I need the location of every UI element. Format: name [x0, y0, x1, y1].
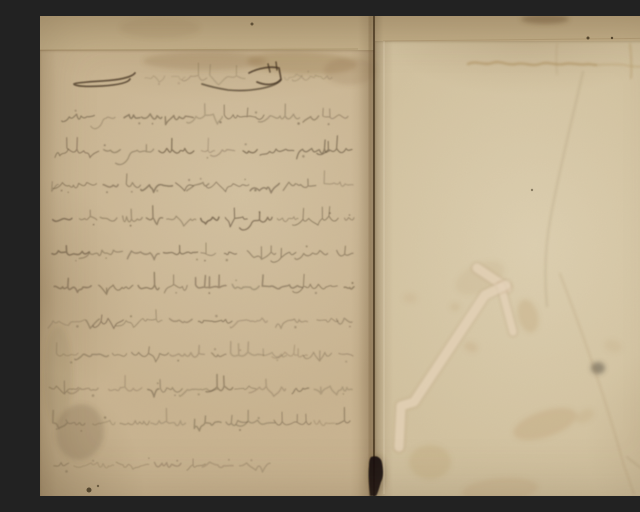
diacritic-dot [92, 460, 94, 462]
diacritic-dot [188, 179, 190, 181]
speck [97, 485, 99, 487]
diacritic-dot [239, 349, 241, 351]
diacritic-dot [176, 460, 178, 462]
diacritic-dot [130, 315, 132, 317]
diacritic-dot [214, 348, 216, 350]
diacritic-dot [92, 394, 95, 397]
diacritic-dot [76, 325, 79, 328]
diacritic-dot [254, 189, 257, 192]
diacritic-dot [157, 382, 159, 384]
stain-blob [44, 326, 72, 426]
diacritic-dot [306, 245, 308, 247]
diacritic-dot [200, 178, 202, 180]
diacritic-dot [93, 224, 95, 226]
diacritic-dot [244, 179, 246, 181]
diacritic-dot [158, 83, 160, 85]
manuscript-photo: Photograph of an open manuscript: left p… [40, 16, 640, 496]
diacritic-dot [228, 459, 230, 461]
diacritic-dot [307, 71, 309, 73]
diacritic-dot [81, 430, 83, 432]
diacritic-dot [226, 259, 228, 261]
diacritic-dot [259, 211, 261, 213]
diacritic-dot [105, 257, 106, 258]
diacritic-dot [349, 214, 351, 216]
speck [87, 488, 92, 493]
diacritic-dot [148, 457, 149, 458]
hairline [556, 44, 557, 74]
diacritic-dot [349, 326, 351, 328]
diacritic-dot [75, 110, 77, 112]
manuscript-marks-overlay [40, 16, 640, 496]
speck [531, 189, 533, 191]
diacritic-dot [302, 155, 305, 158]
diacritic-dot [75, 260, 76, 261]
diacritic-dot [208, 292, 210, 294]
stain-blob [324, 57, 376, 85]
diacritic-dot [67, 192, 69, 194]
diacritic-dot [56, 428, 57, 429]
speck [587, 37, 590, 40]
diacritic-dot [131, 191, 133, 193]
diacritic-dot [215, 315, 218, 318]
stain-blob [120, 18, 200, 38]
diacritic-dot [245, 143, 247, 145]
diacritic-dot [315, 292, 317, 294]
diacritic-dot [177, 360, 179, 362]
diacritic-dot [174, 394, 176, 396]
diacritic-dot [207, 157, 209, 159]
diacritic-dot [175, 292, 177, 294]
diacritic-dot [255, 111, 257, 113]
stain-blob [450, 303, 460, 311]
diacritic-dot [138, 122, 140, 124]
diacritic-dot [294, 326, 296, 328]
diacritic-dot [328, 123, 330, 125]
diacritic-dot [152, 123, 154, 125]
diacritic-dot [104, 416, 106, 418]
diacritic-dot [198, 393, 200, 395]
diacritic-dot [345, 361, 347, 363]
diacritic-dot [239, 429, 241, 431]
diacritic-dot [276, 359, 278, 361]
diacritic-dot [343, 393, 344, 394]
diacritic-dot [250, 459, 252, 461]
diacritic-dot [178, 82, 180, 84]
calligraphy-stroke [276, 62, 277, 70]
diacritic-dot [61, 190, 63, 192]
diacritic-dot [196, 259, 198, 261]
speck [251, 23, 254, 26]
stain-blob [409, 445, 451, 479]
diacritic-dot [329, 212, 331, 214]
diacritic-dot [219, 121, 221, 123]
diacritic-dot [156, 190, 158, 192]
diacritic-dot [297, 122, 300, 125]
diacritic-dot [351, 282, 353, 284]
diacritic-dot [65, 470, 68, 473]
diacritic-dot [258, 417, 260, 419]
stain-blob [403, 293, 417, 303]
diacritic-dot [204, 260, 206, 262]
diacritic-dot [130, 225, 132, 227]
diacritic-dot [70, 361, 72, 363]
diacritic-dot [235, 279, 237, 281]
diacritic-dot [104, 144, 106, 146]
speck [611, 37, 613, 39]
diacritic-dot [106, 191, 108, 193]
